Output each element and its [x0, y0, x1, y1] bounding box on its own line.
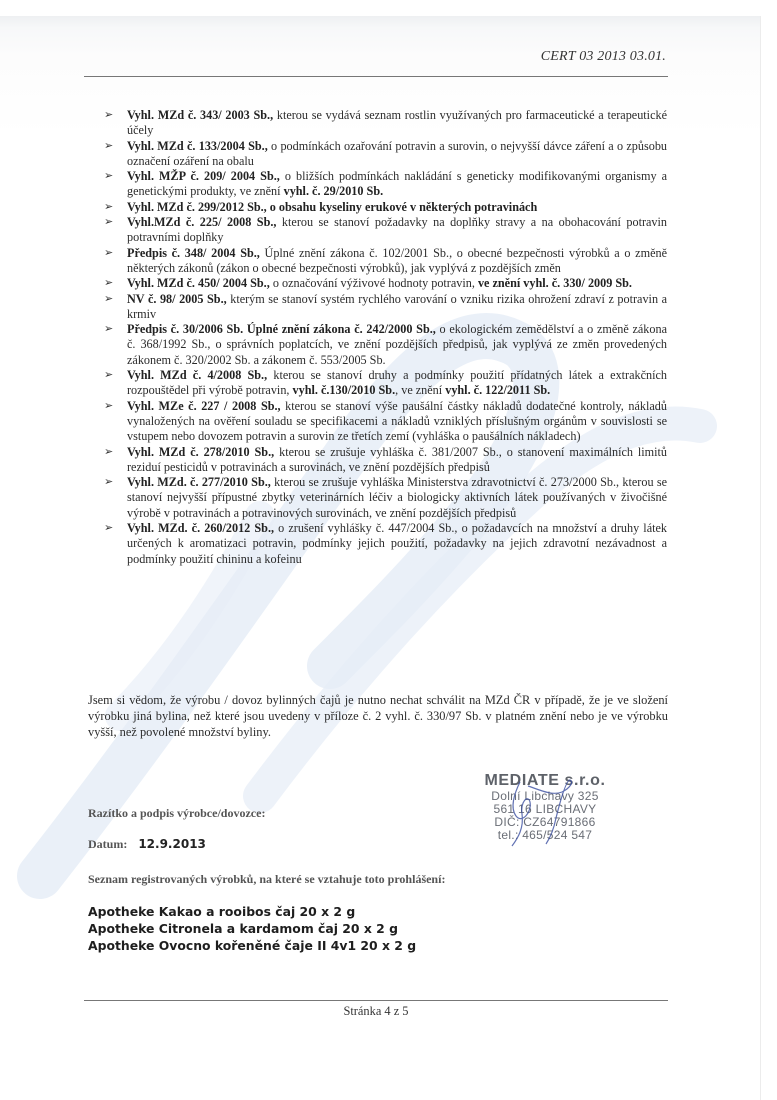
arrow-bullet-icon: ➢ [104, 521, 113, 536]
regulation-citation: Vyhl. MZd č. 299/2012 Sb., o obsahu kyse… [127, 200, 537, 214]
product-item: Apotheke Kakao a rooibos čaj 20 x 2 g [88, 903, 416, 920]
regulation-citation: Vyhl. MZd č. 450/ 2004 Sb., [127, 276, 270, 290]
regulation-citation: vyhl. č.130/2010 Sb. [293, 383, 396, 397]
page-number: Stránka 4 z 5 [343, 1004, 408, 1018]
regulation-item: ➢Vyhl. MZe č. 227 / 2008 Sb., kterou se … [102, 399, 667, 445]
regulation-citation: Vyhl. MZd č. 133/2004 Sb., [127, 139, 268, 153]
arrow-bullet-icon: ➢ [104, 139, 113, 154]
arrow-bullet-icon: ➢ [104, 108, 113, 123]
regulation-item: ➢Předpis č. 348/ 2004 Sb., Úplné znění z… [102, 246, 667, 277]
regulation-citation: Vyhl. MZe č. 227 / 2008 Sb., [127, 399, 281, 413]
date-label: Datum: [88, 837, 127, 851]
regulation-item: ➢Vyhl. MZd. č. 277/2010 Sb., kterou se z… [102, 475, 667, 521]
arrow-bullet-icon: ➢ [104, 292, 113, 307]
date-value: 12.9.2013 [138, 837, 206, 851]
regulation-citation: Vyhl. MZd č. 343/ 2003 Sb., [127, 108, 273, 122]
document-code: CERT 03 2013 03.01. [541, 49, 666, 65]
regulation-citation: NV č. 98/ 2005 Sb., [127, 292, 227, 306]
regulation-item: ➢Vyhl. MZd č. 343/ 2003 Sb., kterou se v… [102, 108, 667, 139]
signature-label: Razítko a podpis výrobce/dovozce: [88, 806, 265, 821]
regulation-citation: Vyhl.MZd č. 225/ 2008 Sb., [127, 215, 276, 229]
products-list: Apotheke Kakao a rooibos čaj 20 x 2 gApo… [88, 903, 416, 954]
regulation-item: ➢Vyhl.MZd č. 225/ 2008 Sb., kterou se st… [102, 215, 667, 246]
product-item: Apotheke Citronela a kardamom čaj 20 x 2… [88, 920, 416, 937]
regulation-item: ➢Vyhl. MZd č. 278/2010 Sb., kterou se zr… [102, 445, 667, 476]
arrow-bullet-icon: ➢ [104, 200, 113, 215]
regulation-item: ➢NV č. 98/ 2005 Sb., kterým se stanoví s… [102, 292, 667, 323]
regulation-item: ➢Předpis č. 30/2006 Sb. Úplné znění záko… [102, 322, 667, 368]
regulation-item: ➢Vyhl. MZd. č. 260/2012 Sb., o zrušení v… [102, 521, 667, 567]
arrow-bullet-icon: ➢ [104, 322, 113, 337]
regulation-item: ➢Vyhl. MŽP č. 209/ 2004 Sb., o bližších … [102, 169, 667, 200]
regulation-description: o označování výživové hodnoty potravin, [270, 276, 478, 290]
regulation-citation: Předpis č. 30/2006 Sb. Úplné znění zákon… [127, 322, 436, 336]
regulation-citation: Vyhl. MZd. č. 260/2012 Sb., [127, 521, 274, 535]
regulation-citation: vyhl. č. 29/2010 Sb. [284, 184, 384, 198]
stamp-company: MEDIATE s.r.o. [470, 772, 620, 790]
products-title: Seznam registrovaných výrobků, na které … [88, 872, 445, 887]
arrow-bullet-icon: ➢ [104, 215, 113, 230]
arrow-bullet-icon: ➢ [104, 246, 113, 261]
stamp-phone: tel.: 465/524 547 [470, 829, 620, 842]
arrow-bullet-icon: ➢ [104, 475, 113, 490]
regulation-citation: Vyhl. MZd. č. 277/2010 Sb., [127, 475, 271, 489]
regulation-citation: Předpis č. 348/ 2004 Sb., [127, 246, 260, 260]
page-footer: Stránka 4 z 5 [84, 1000, 668, 1019]
regulation-item: ➢Vyhl. MZd č. 133/2004 Sb., o podmínkách… [102, 139, 667, 170]
regulation-citation: Vyhl. MZd č. 278/2010 Sb., [127, 445, 274, 459]
regulation-description: , ve znění [395, 383, 445, 397]
product-item: Apotheke Ovocno kořeněné čaje II 4v1 20 … [88, 937, 416, 954]
arrow-bullet-icon: ➢ [104, 276, 113, 291]
regulation-item: ➢Vyhl. MZd č. 299/2012 Sb., o obsahu kys… [102, 200, 667, 215]
regulations-list: ➢Vyhl. MZd č. 343/ 2003 Sb., kterou se v… [102, 108, 667, 567]
arrow-bullet-icon: ➢ [104, 399, 113, 414]
date-row: Datum: 12.9.2013 [88, 837, 206, 852]
arrow-bullet-icon: ➢ [104, 169, 113, 184]
regulation-citation: Vyhl. MZd č. 4/2008 Sb., [127, 368, 267, 382]
regulation-item: ➢Vyhl. MZd č. 4/2008 Sb., kterou se stan… [102, 368, 667, 399]
regulation-citation: ve znění vyhl. č. 330/ 2009 Sb. [478, 276, 632, 290]
arrow-bullet-icon: ➢ [104, 368, 113, 383]
regulation-item: ➢Vyhl. MZd č. 450/ 2004 Sb., o označován… [102, 276, 667, 291]
declaration-statement: Jsem si vědom, že výrobu / dovoz bylinný… [88, 692, 668, 740]
regulation-citation: vyhl. č. 122/2011 Sb. [445, 383, 550, 397]
arrow-bullet-icon: ➢ [104, 445, 113, 460]
document-page: CERT 03 2013 03.01. ➢Vyhl. MZd č. 343/ 2… [0, 16, 761, 1100]
page-header: CERT 03 2013 03.01. [84, 46, 668, 77]
company-stamp: MEDIATE s.r.o. Dolní Libchavy 325 561 16… [470, 772, 620, 842]
regulation-citation: Vyhl. MŽP č. 209/ 2004 Sb., [127, 169, 280, 183]
